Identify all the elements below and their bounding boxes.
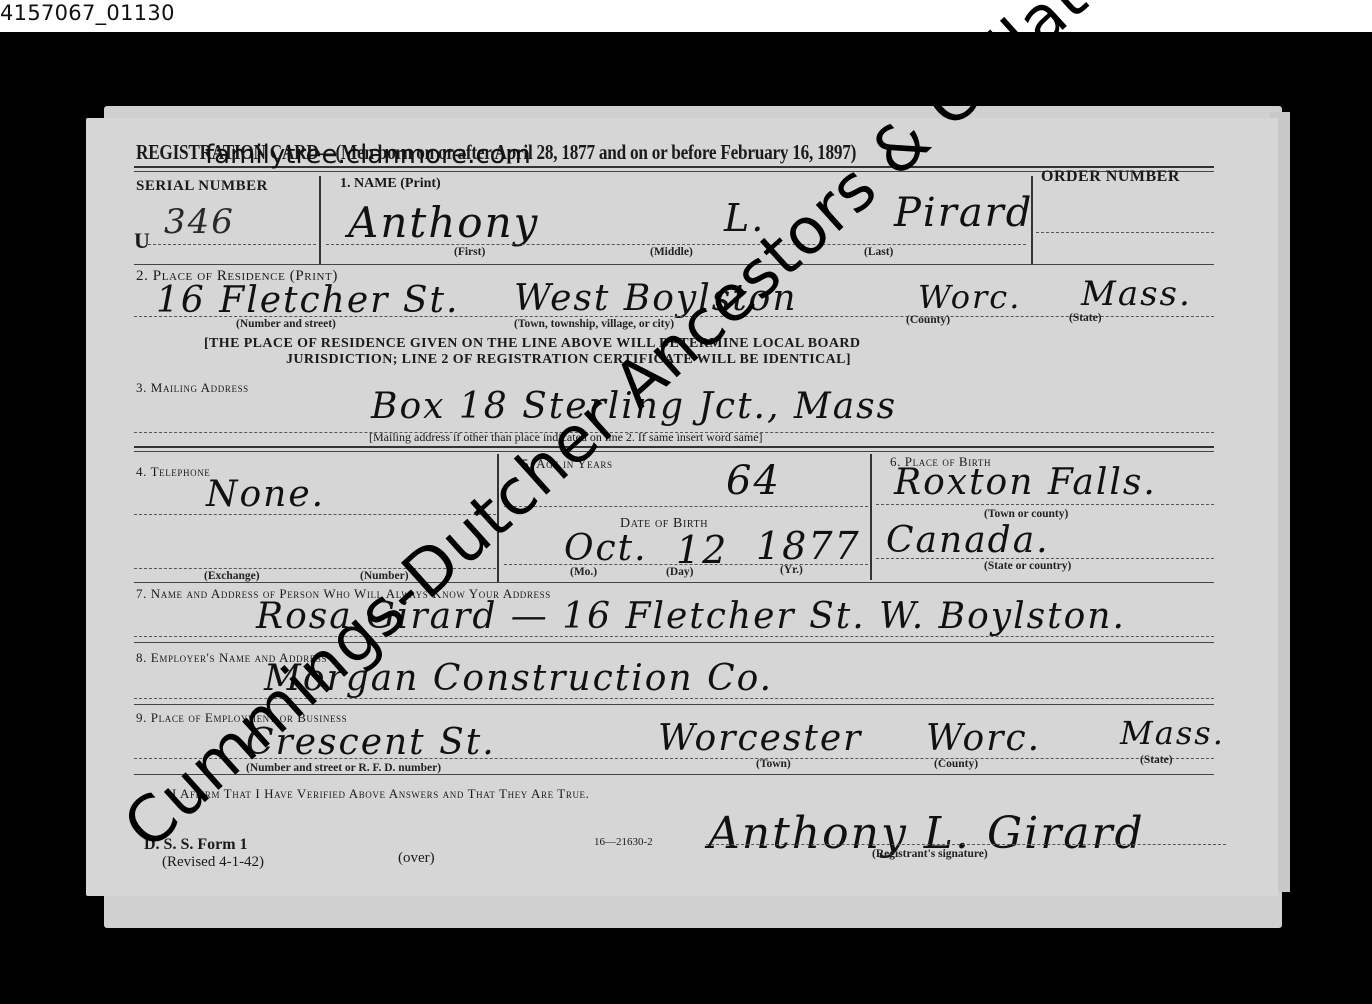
field-line [876, 558, 1214, 559]
year-label: (Yr.) [780, 564, 803, 576]
last-label: (Last) [864, 246, 893, 258]
residence-state-value: Mass. [1081, 274, 1192, 314]
over-note: (over) [398, 850, 435, 867]
county-label: (County) [906, 314, 950, 326]
employment-street-label: (Number and street or R. F. D. number) [246, 762, 441, 774]
month-label: (Mo.) [570, 566, 597, 578]
birth-year-value: 1877 [756, 524, 861, 568]
birth-town-label: (Town or county) [984, 508, 1068, 520]
day-label: (Day) [666, 566, 693, 578]
form-revised: (Revised 4-1-42) [162, 854, 264, 871]
field-line [504, 564, 868, 565]
residence-county-value: Worc. [918, 278, 1021, 316]
signature-label: (Registrant's signature) [872, 848, 988, 860]
birth-month-value: Oct. [564, 528, 648, 569]
birth-country-value: Canada. [886, 520, 1050, 561]
field-line [1036, 232, 1214, 233]
divider [319, 176, 321, 264]
employment-town-value: Worcester [658, 718, 862, 759]
divider [134, 451, 1214, 452]
divider [870, 454, 872, 580]
state-label: (State) [1069, 312, 1102, 324]
employment-state-value: Mass. [1120, 714, 1225, 752]
field-line [326, 244, 1026, 245]
telephone-value: None. [206, 474, 325, 515]
site-watermark: familytree.clanmore.com [205, 140, 531, 170]
last-name-value: Pirard [894, 190, 1033, 236]
field-line [134, 758, 1214, 759]
first-label: (First) [454, 246, 485, 258]
telephone-label: 4. Telephone [136, 464, 210, 480]
field-line [148, 244, 316, 245]
field-line [504, 506, 868, 507]
first-name-value: Anthony [348, 198, 539, 247]
exchange-label: (Exchange) [204, 570, 260, 582]
mailing-address-label: 3. Mailing Address [136, 380, 249, 396]
image-header-bar: 4157067_01130 [0, 0, 1372, 32]
field-line [134, 636, 1214, 637]
divider [134, 774, 1214, 775]
signature-line [706, 844, 1226, 845]
residence-street-value: 16 Fletcher St. [156, 280, 459, 321]
residence-notice-line1: [THE PLACE OF RESIDENCE GIVEN ON THE LIN… [204, 336, 860, 352]
order-number-label: ORDER NUMBER [1041, 168, 1180, 186]
employment-town-label: (Town) [756, 758, 791, 770]
birth-town-value: Roxton Falls. [894, 462, 1157, 503]
divider [1031, 176, 1033, 264]
name-label: 1. NAME (Print) [340, 176, 441, 192]
employment-state-label: (State) [1140, 754, 1173, 766]
image-id: 4157067_01130 [0, 1, 175, 25]
middle-label: (Middle) [650, 246, 693, 258]
divider [134, 582, 1214, 583]
divider [134, 446, 1214, 448]
serial-number-label: SERIAL NUMBER [136, 178, 268, 195]
age-value: 64 [726, 458, 781, 504]
residence-notice-line2: JURISDICTION; LINE 2 OF REGISTRATION CER… [286, 352, 851, 368]
registration-card: REGISTRATION CARD—(Men born on or after … [86, 118, 1278, 896]
street-label: (Number and street) [236, 318, 336, 330]
birth-country-label: (State or country) [984, 560, 1071, 572]
serial-prefix: U [134, 228, 150, 254]
print-code: 16—21630-2 [594, 836, 653, 848]
field-line [876, 504, 1214, 505]
employment-county-label: (County) [934, 758, 978, 770]
serial-number-value: 346 [164, 202, 235, 242]
divider [134, 264, 1214, 265]
employment-county-value: Worc. [926, 718, 1041, 759]
